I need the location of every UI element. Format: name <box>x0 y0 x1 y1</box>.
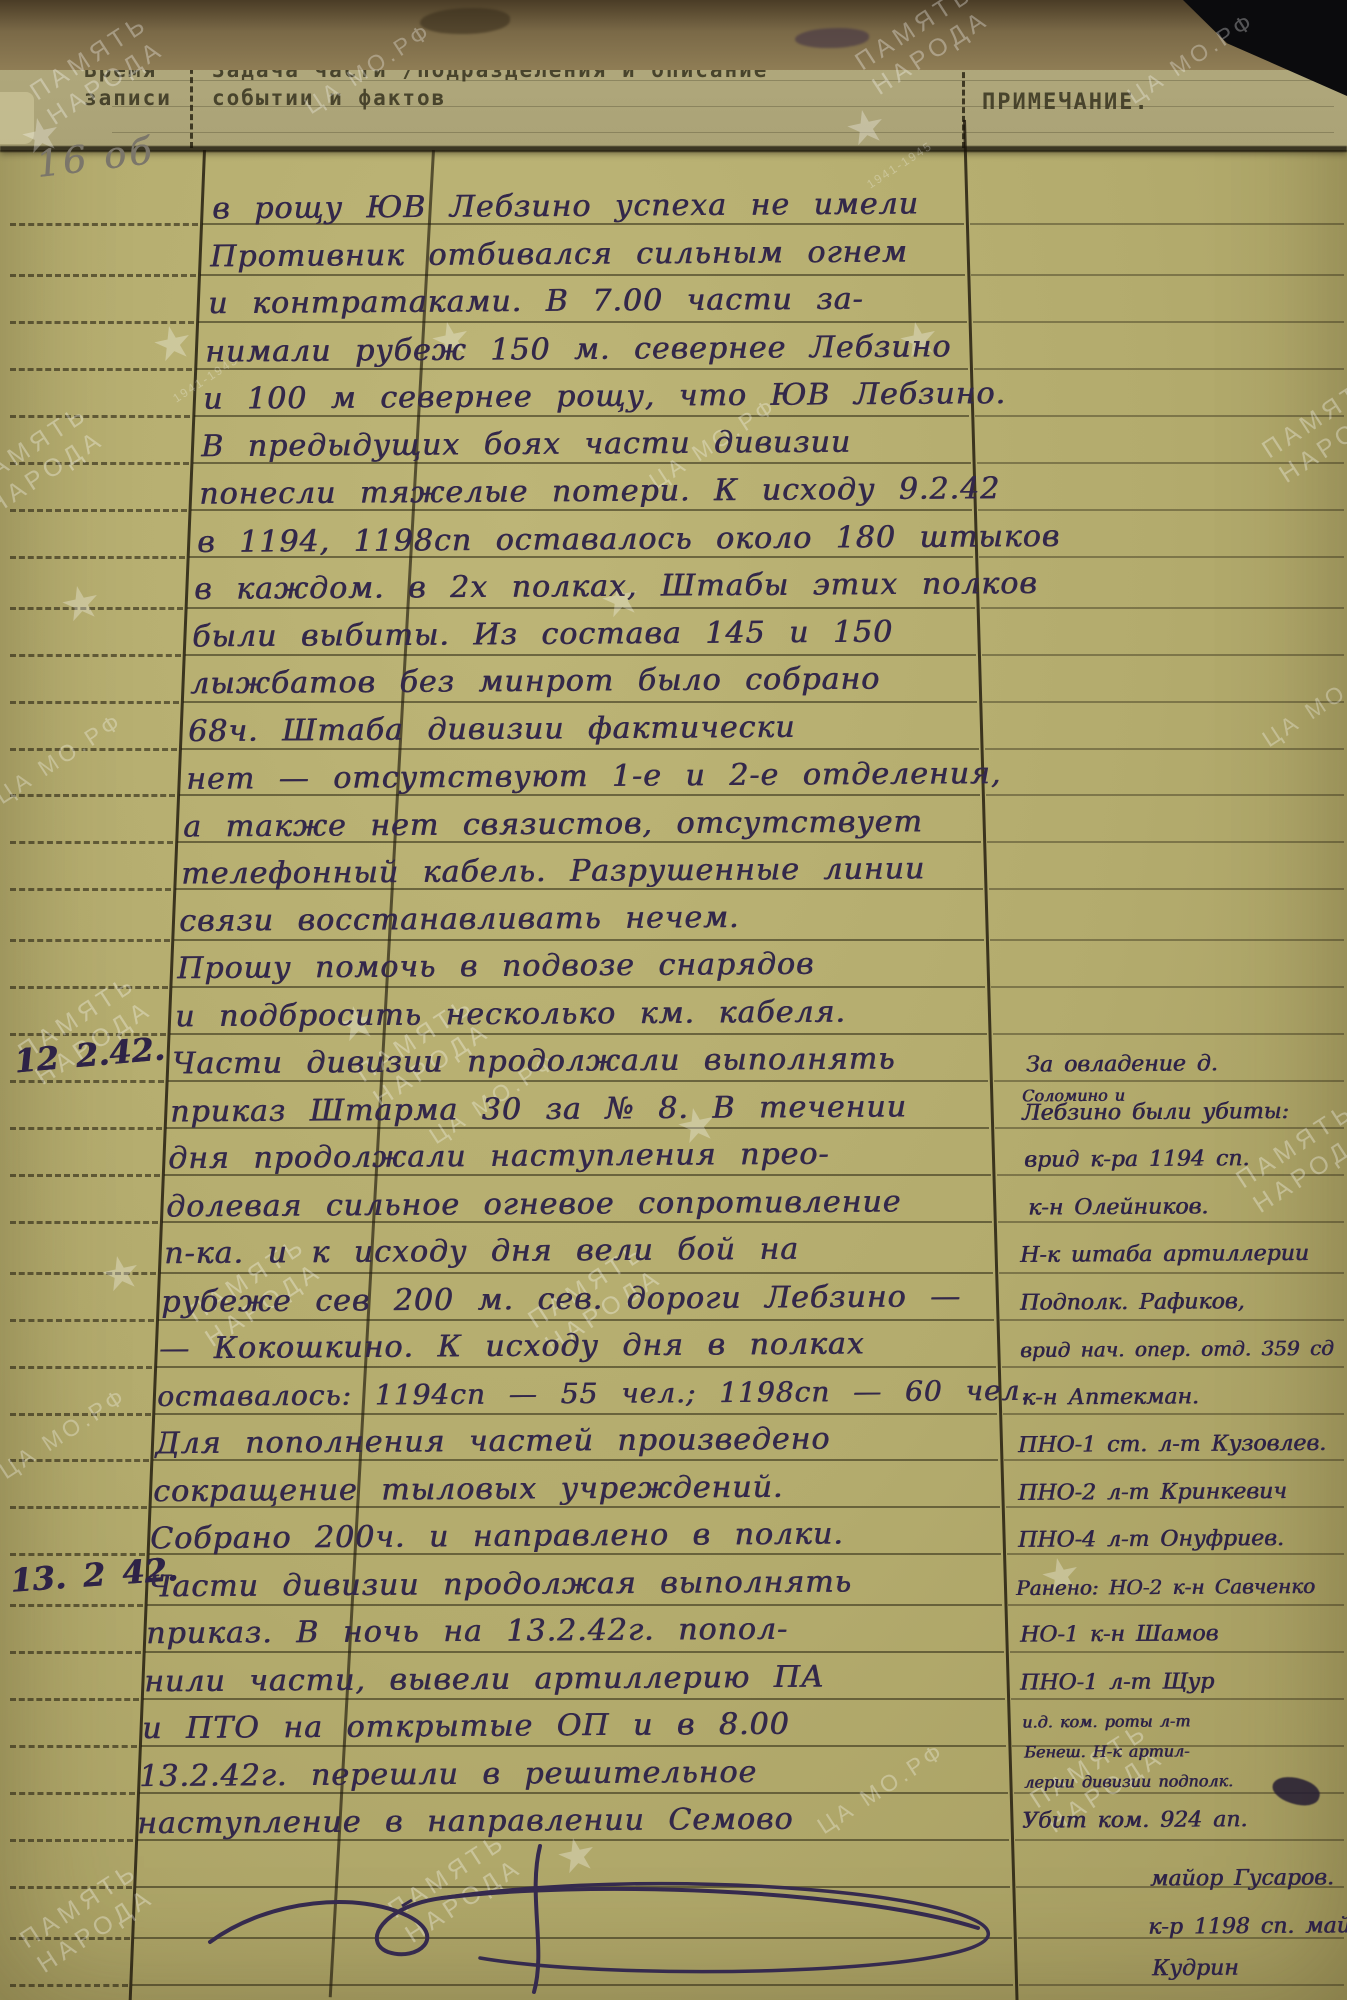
ruled-line <box>1006 1506 1344 1508</box>
ruled-line <box>10 1080 164 1083</box>
note-line: лерии дивизии подполк. <box>1024 1771 1233 1791</box>
entry-line: в каждом. в 2х полках, Штабы этих полков <box>194 566 1038 607</box>
ruled-line <box>981 607 1344 609</box>
note-line: к-р 1198 сп. майор <box>1148 1913 1347 1940</box>
ruled-line <box>10 1272 156 1275</box>
watermark-archive-camo: ЦА МО.РФ <box>0 1382 132 1485</box>
ruled-line <box>10 1506 147 1509</box>
ruled-line <box>970 223 1344 225</box>
ruled-line <box>10 1698 139 1701</box>
ruled-line <box>979 556 1344 558</box>
ruled-line <box>10 1792 135 1795</box>
watermark-text: ПАМЯТЬ <box>0 399 94 496</box>
ruled-line <box>1008 1604 1344 1606</box>
ruled-line <box>994 1080 1344 1082</box>
entry-line: были выбиты. Из состава 145 и 150 <box>192 615 893 655</box>
ruled-line <box>10 368 192 371</box>
note-line: ПНО-1 л-т Щур <box>1020 1669 1214 1695</box>
entry-line: Для пополнения частей произведено <box>155 1422 830 1462</box>
entry-line: телефонный кабель. Разрушенные линии <box>181 851 925 891</box>
ruled-line <box>10 1651 141 1654</box>
ruled-line <box>10 1127 162 1130</box>
entry-line: Противник отбивался сильным огнем <box>210 235 908 275</box>
ruled-line <box>1011 1698 1344 1700</box>
ruled-line <box>10 1319 154 1322</box>
ruled-line <box>10 1839 133 1842</box>
header-task-col-label: событии и фактов <box>212 86 446 110</box>
note-line: Н-к штаба артиллерии <box>1020 1241 1309 1268</box>
watermark-text: НАРОДА <box>1248 1123 1347 1219</box>
ruled-line <box>10 274 196 277</box>
torn-edge <box>0 0 1347 70</box>
entry-line: В предыдущих боях части дивизии <box>201 425 851 465</box>
header-note-col-label: ПРИМЕЧАНИЕ. <box>982 90 1150 115</box>
ruled-line <box>187 607 975 609</box>
watermark-text: НАРОДА <box>32 1883 159 1979</box>
entry-line: приказ. В ночь на 13.2.42г. попол- <box>146 1612 788 1651</box>
ruled-line <box>1007 1553 1344 1555</box>
entry-line: в 1194, 1198сп оставалось около 180 штык… <box>197 519 1060 560</box>
note-line: НО-1 к-н Шамов <box>1020 1621 1218 1647</box>
ruled-line <box>10 607 183 610</box>
star-icon: ★ <box>56 576 106 630</box>
ruled-line <box>10 794 175 797</box>
ruled-line <box>174 939 984 941</box>
entry-line: связи восстанавливать нечем. <box>179 900 740 939</box>
entry-line: 68ч. Штаба дивизии фактически <box>188 710 796 749</box>
ruled-line <box>974 368 1344 370</box>
entry-line: а также нет связистов, отсутствует <box>183 804 923 844</box>
ruled-line <box>985 748 1344 750</box>
ruled-line <box>198 321 966 323</box>
note-line: врид к-ра 1194 сп. <box>1024 1146 1249 1173</box>
ruled-line <box>158 1319 994 1321</box>
ruled-line <box>1000 1319 1344 1321</box>
scanned-journal-page: Время записи Задача части /подразделения… <box>0 0 1347 2000</box>
ruled-line <box>160 1272 993 1274</box>
entry-line: в рощу ЮВ Лебзино успеха не имели <box>212 187 919 227</box>
ruled-line <box>998 1221 1344 1223</box>
entry-line: приказ Штарма 30 за № 8. В течении <box>170 1089 907 1129</box>
ruled-line <box>10 556 185 559</box>
ruled-line <box>10 1174 160 1177</box>
ruled-line <box>147 1604 1003 1606</box>
note-line: и.д. ком. роты л-т <box>1022 1711 1190 1731</box>
entry-line: Части дивизии продолжая выполнять <box>148 1565 852 1605</box>
ruled-line <box>10 321 194 324</box>
entry-line: оставалось: 1194сп — 55 чел.; 1198сп — 6… <box>157 1374 1030 1413</box>
ruled-line <box>978 509 1344 511</box>
note-line: За овладение д. <box>1026 1051 1218 1077</box>
ruled-line <box>995 1127 1344 1129</box>
ruled-line <box>987 841 1344 843</box>
ruled-line <box>971 274 1344 276</box>
ruled-line <box>10 654 181 657</box>
entry-line: и ПТО на открытые ОП и в 8.00 <box>142 1707 790 1747</box>
entry-line: 13.2.42г. перешли в решительное <box>139 1755 757 1794</box>
entry-line: наступление в направлении Семово <box>137 1802 794 1842</box>
note-line: ПНО-1 ст. л-т Кузовлев. <box>1018 1431 1326 1458</box>
ruled-line <box>183 701 977 703</box>
entry-line: лыжбатов без минрот было собрано <box>190 662 880 702</box>
ink-blot <box>1269 1771 1323 1811</box>
note-line: Убит ком. 924 ап. <box>1022 1807 1247 1834</box>
note-line: врид нач. опер. отд. 359 сд <box>1020 1336 1334 1362</box>
ruled-line <box>10 1604 143 1607</box>
note-line: Подполк. Рафиков, <box>1020 1289 1245 1316</box>
ruled-line <box>145 1651 1004 1653</box>
header-faint-rule <box>112 132 1334 133</box>
entry-line: долевая сильное огневое сопротивление <box>166 1184 902 1224</box>
ruled-line <box>10 888 171 891</box>
ruled-line <box>10 223 198 226</box>
note-line: Кудрин <box>1152 1956 1239 1982</box>
entry-line: и контратаками. В 7.00 части за- <box>208 282 864 322</box>
entry-line: рубеже сев 200 м. сев. дороги Лебзино — <box>161 1279 961 1320</box>
ruled-line <box>10 1937 130 1940</box>
entry-line: Собрано 200ч. и направлено в полки. <box>150 1517 844 1557</box>
ruled-line <box>982 654 1344 656</box>
note-line: Ранено: НО-2 к-н Савченко <box>1016 1574 1315 1600</box>
ruled-line <box>986 794 1344 796</box>
ruled-line <box>10 1413 151 1416</box>
ruled-line <box>155 1413 998 1415</box>
entry-line: Части дивизии продолжали выполнять <box>172 1041 896 1081</box>
ruled-line <box>989 888 1344 890</box>
ruled-line <box>1019 1984 1344 1986</box>
ruled-line <box>185 654 976 656</box>
watermark-text: НАРОДА <box>1274 393 1347 489</box>
ruled-line <box>200 274 965 276</box>
watermark-memory-naroda: ПАМЯТЬНАРОДА <box>1257 366 1347 490</box>
ruled-line <box>10 1459 149 1462</box>
ruled-line <box>1002 1366 1344 1368</box>
note-line: к-н Аптекман. <box>1022 1384 1199 1410</box>
ruled-line <box>10 748 177 751</box>
entry-line: дня продолжали наступления прео- <box>168 1137 830 1177</box>
ruled-line <box>10 701 179 704</box>
entry-line: понесли тяжелые потери. К исходу 9.2.42 <box>199 471 1000 512</box>
ruled-line <box>1004 1459 1344 1461</box>
ruled-line <box>997 1174 1345 1176</box>
ruled-line <box>999 1272 1344 1274</box>
ruled-line <box>10 841 173 844</box>
ruled-line <box>10 1745 137 1748</box>
ruled-line <box>10 509 187 512</box>
entry-line: и 100 м севернее рощу, что ЮВ Лебзино. <box>203 376 1006 417</box>
ruled-line <box>1003 1413 1344 1415</box>
paper-tab <box>0 92 34 144</box>
entry-line: и подбросить несколько км. кабеля. <box>175 995 846 1035</box>
ruled-line <box>973 321 1344 323</box>
ruled-line <box>10 462 189 465</box>
ruled-line <box>983 701 1344 703</box>
ruled-line <box>10 415 190 418</box>
entry-line: сокращение тыловых учреждений. <box>153 1470 783 1509</box>
ruled-line <box>991 986 1344 988</box>
entry-line: нили части, вывели артиллерию ПА <box>144 1660 825 1700</box>
note-line: ПНО-2 л-т Кринкевич <box>1018 1479 1287 1506</box>
entry-line: нимали рубеж 150 м. севернее Лебзино <box>205 329 951 369</box>
note-line: майор Гусаров. <box>1150 1865 1334 1891</box>
ruled-line <box>172 986 986 988</box>
ruled-line <box>993 1033 1344 1035</box>
entry-line: нет — отсутствуют 1-е и 2-е отделения, <box>186 756 1001 797</box>
note-line: к-н Олейников. <box>1028 1194 1208 1220</box>
ruled-line <box>10 1221 158 1224</box>
ruled-line <box>156 1366 995 1368</box>
ruled-line <box>10 939 170 942</box>
ruled-line <box>10 1366 152 1369</box>
ruled-line <box>1015 1839 1344 1841</box>
note-line: Бенеш. Н-к артил- <box>1024 1741 1190 1761</box>
ruled-line <box>975 415 1344 417</box>
watermark-archive-camo: ЦА МО.РФ <box>812 1737 950 1840</box>
ruled-line <box>977 462 1344 464</box>
signature-flourish <box>150 1840 1050 2000</box>
ruled-line <box>10 1886 132 1889</box>
entry-line: — Кокошкино. К исходу дня в полках <box>159 1327 865 1367</box>
watermark-memory-naroda: ПАМЯТЬНАРОДА <box>15 1856 161 1980</box>
header-time-col-label: записи <box>84 86 172 110</box>
star-icon: ★ <box>148 316 198 370</box>
ruled-line <box>990 939 1344 941</box>
watermark-text: НАРОДА <box>0 425 109 521</box>
ruled-line <box>10 1984 128 1987</box>
note-line: Лебзино были убиты: <box>1022 1099 1289 1126</box>
entry-line: п-ка. и к исходу дня вели бой на <box>164 1232 799 1271</box>
entry-line: Прошу помочь в подвозе снарядов <box>177 947 814 986</box>
note-line: ПНО-4 л-т Онуфриев. <box>1018 1526 1284 1553</box>
ruled-line <box>1010 1651 1344 1653</box>
ruled-line <box>10 986 168 989</box>
time-marker: 12 2.42. <box>13 1030 166 1081</box>
